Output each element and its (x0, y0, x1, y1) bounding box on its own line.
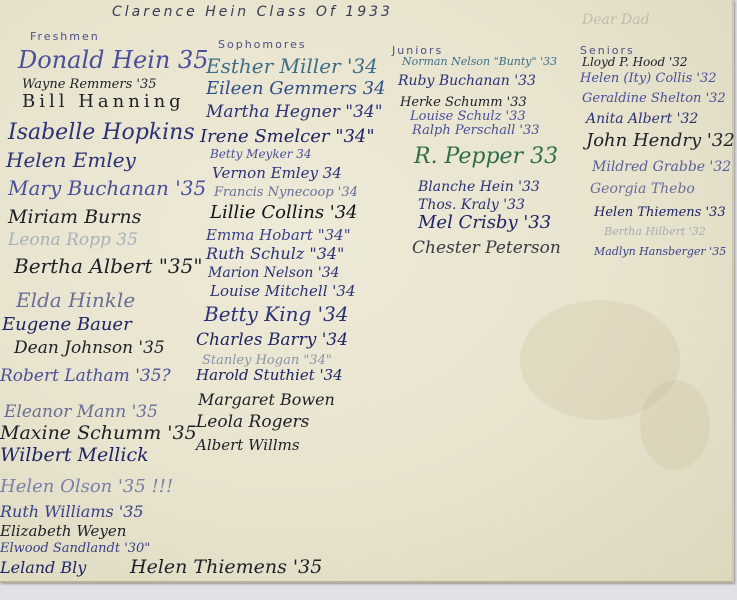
signature: Wilbert Mellick (0, 446, 149, 465)
signature: Eileen Gemmers 34 (206, 80, 386, 98)
signature: Mildred Grabbe '32 (592, 160, 731, 174)
signature: Anita Albert '32 (586, 112, 698, 126)
signature: John Hendry '32 (586, 132, 735, 150)
signature: Norman Nelson "Bunty" '33 (402, 56, 557, 67)
autograph-page: Clarence Hein Class Of 1933 Dear Dad Fre… (0, 0, 734, 583)
signature: Eugene Bauer (2, 316, 132, 334)
signature: Blanche Hein '33 (418, 180, 540, 194)
signature: Bertha Hilbert '32 (604, 226, 706, 237)
signature: Helen Thiemens '33 (594, 206, 726, 219)
signature: Madlyn Hansberger '35 (594, 246, 726, 257)
signature: Ruth Schulz "34" (206, 246, 344, 262)
signature: Elizabeth Weyen (0, 524, 126, 539)
signature: Leola Rogers (196, 414, 309, 431)
signature: Helen Emley (6, 150, 136, 170)
signature: Georgia Thebo (590, 182, 695, 196)
page-title: Clarence Hein Class Of 1933 (112, 4, 393, 20)
signature: Geraldine Shelton '32 (582, 92, 726, 105)
signature: Helen Olson '35 !!! (0, 478, 173, 496)
signature: Donald Hein 35 (18, 48, 209, 72)
signature: Miriam Burns (8, 208, 141, 227)
signature: Ralph Perschall '33 (412, 124, 540, 137)
heading-sophomores: Sophomores (218, 38, 307, 51)
signature: Robert Latham '35? (0, 368, 171, 385)
signature: Chester Peterson (412, 240, 561, 257)
paper-stain (640, 380, 710, 470)
signature: Louise Schulz '33 (410, 110, 526, 123)
signature: Vernon Emley 34 (212, 166, 342, 181)
signature: Mary Buchanan '35 (8, 178, 206, 198)
signature: Helen Thiemens '35 (130, 558, 322, 577)
signature: Elda Hinkle (16, 290, 135, 310)
signature: Mel Crisby '33 (418, 214, 551, 232)
signature: Charles Barry '34 (196, 332, 348, 349)
signature: Ruth Williams '35 (0, 504, 144, 520)
signature: Louise Mitchell '34 (210, 284, 356, 299)
signature: Bertha Albert "35" (14, 256, 203, 276)
signature: Martha Hegner "34" (206, 104, 383, 121)
signature: Betty King '34 (204, 304, 349, 324)
signature: Herke Schumm '33 (400, 96, 527, 109)
signature: Wayne Remmers '35 (22, 78, 157, 91)
signature: Dean Johnson '35 (14, 340, 165, 357)
signature: Esther Miller '34 (206, 56, 378, 76)
signature: R. Pepper 33 (414, 146, 558, 168)
signature: Leona Ropp 35 (8, 232, 138, 249)
signature: Bill Hanning (22, 93, 185, 111)
signature: Irene Smelcer "34" (200, 128, 375, 146)
signature: Lillie Collins '34 (210, 204, 358, 222)
signature: Francis Nynecoop '34 (214, 186, 358, 199)
signature: Harold Stuthiet '34 (196, 368, 343, 383)
heading-freshmen: Freshmen (30, 30, 100, 43)
signature: Leland Bly (0, 560, 86, 576)
signature: Elwood Sandlandt '30" (0, 542, 150, 555)
signature: Betty Meyker 34 (210, 148, 312, 160)
signature: Marion Nelson '34 (208, 266, 340, 280)
signature: Isabelle Hopkins (8, 122, 195, 144)
signature: Emma Hobart "34" (206, 228, 351, 243)
signature: Albert Willms (196, 438, 300, 453)
signature: Margaret Bowen (198, 392, 335, 408)
faint-note: Dear Dad (582, 12, 650, 28)
signature: Lloyd P. Hood '32 (582, 56, 688, 68)
signature: Maxine Schumm '35 (0, 424, 197, 443)
signature: Thos. Kraly '33 (418, 198, 525, 212)
signature: Ruby Buchanan '33 (398, 74, 536, 88)
signature: Helen (Ity) Collis '32 (580, 72, 717, 85)
signature: Eleanor Mann '35 (4, 404, 158, 421)
